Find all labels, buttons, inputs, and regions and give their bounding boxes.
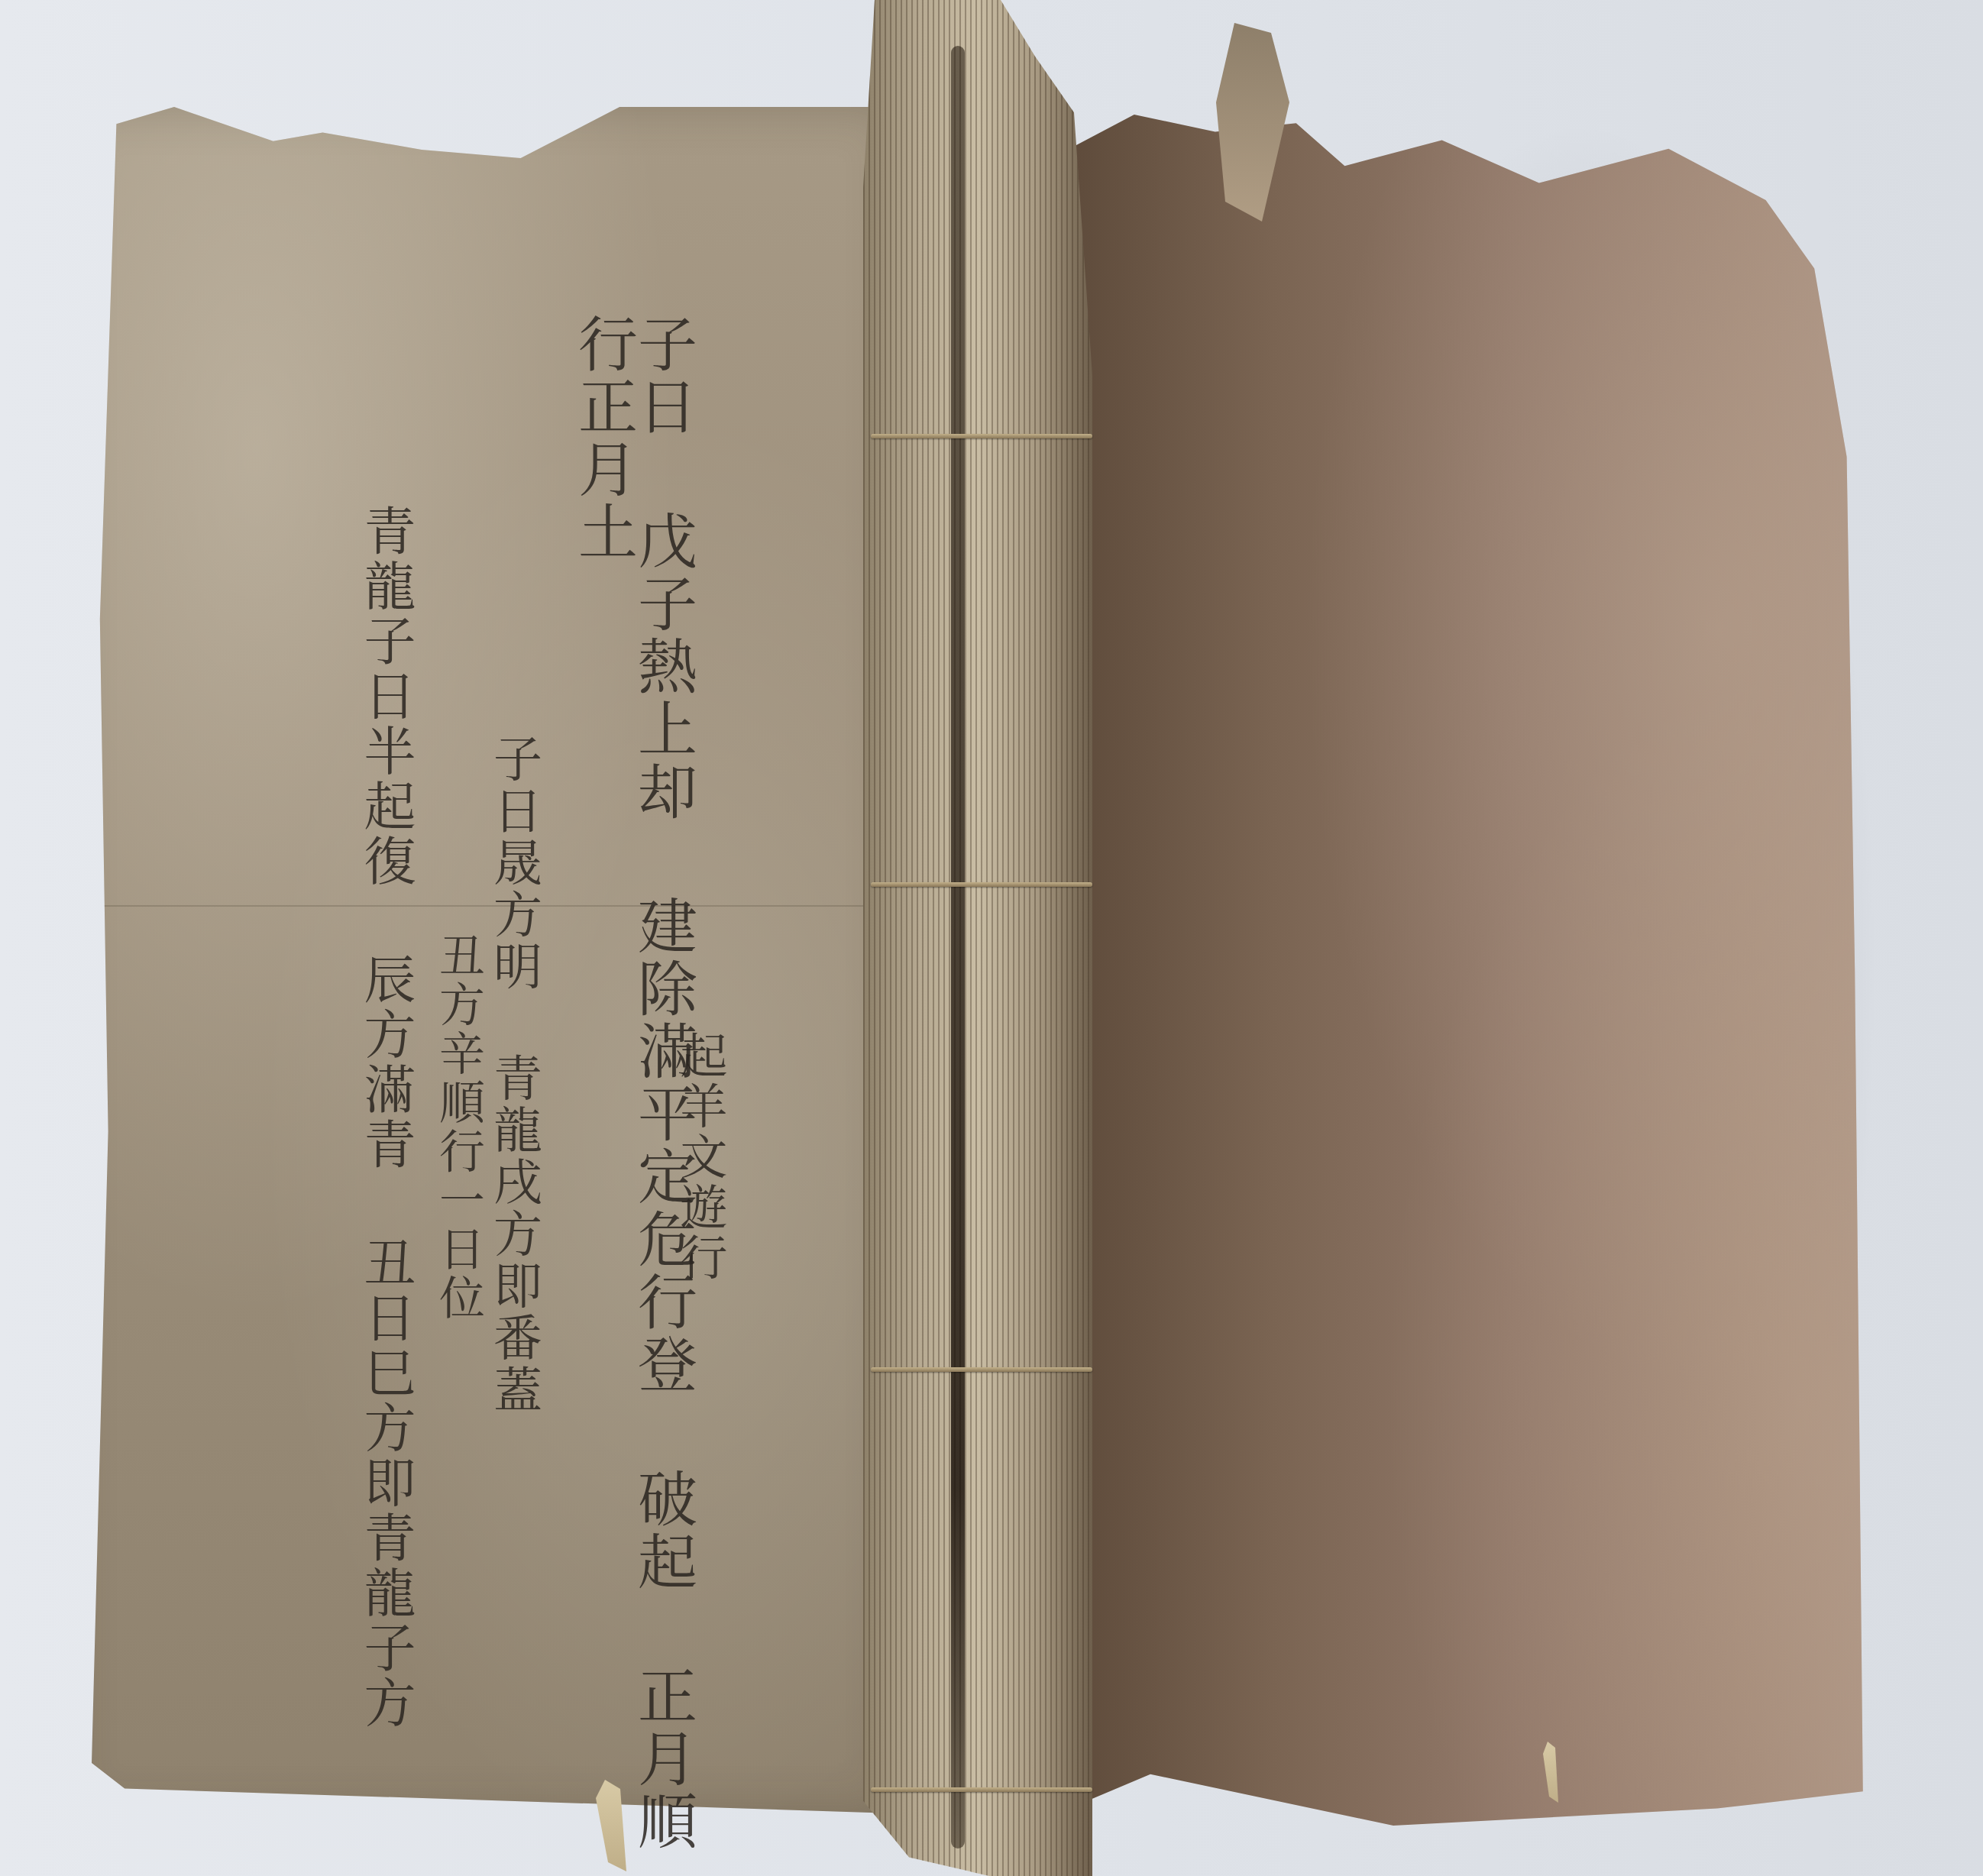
manuscript-column-3: 子日晟方明 青龍戌方即番蓋	[489, 733, 538, 1416]
book-spine-page-block	[863, 0, 1092, 1876]
manuscript-photo: 子日 戊子熱上却 建除滿平定危行登 破起 正月順行正月土 起羊文遊行 子日晟方明…	[0, 0, 1983, 1876]
manuscript-column-5: 青龍子日半起復 辰方滿青 丑日巳方即青龍子方	[359, 504, 411, 1731]
binding-thread	[871, 434, 1092, 438]
spine-gap	[951, 46, 965, 1849]
back-cover	[1069, 115, 1879, 1826]
manuscript-column-2: 起羊文遊行	[676, 1031, 723, 1283]
binding-thread	[871, 882, 1092, 887]
manuscript-column-4: 丑方辛順行一日位	[435, 932, 481, 1323]
binding-thread	[871, 1367, 1092, 1372]
binding-thread	[871, 1787, 1092, 1792]
